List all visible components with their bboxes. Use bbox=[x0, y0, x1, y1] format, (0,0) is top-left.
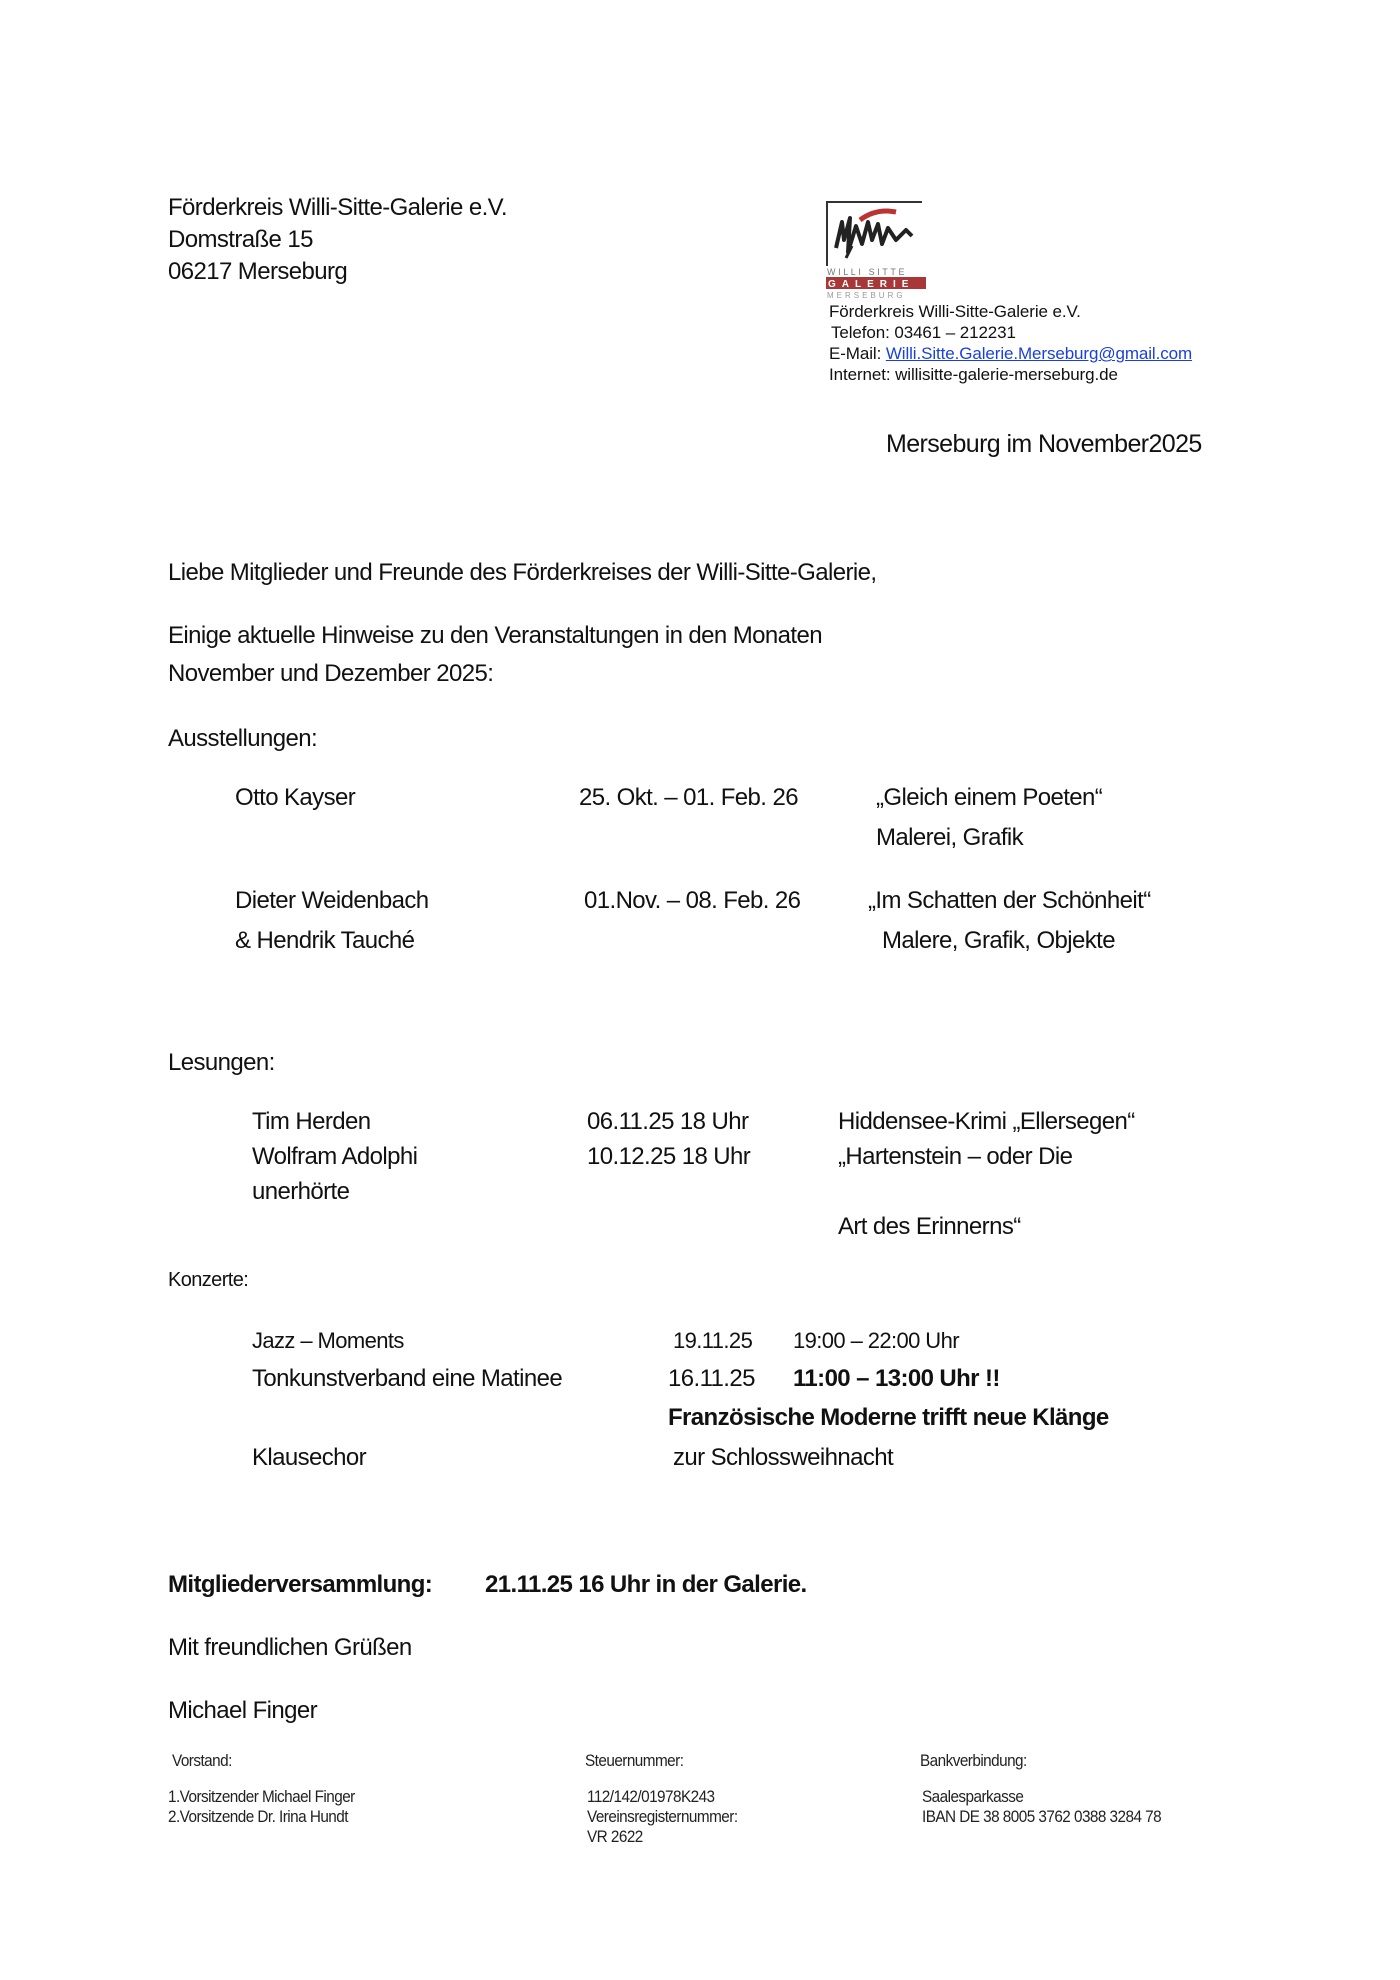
contact-org: Förderkreis Willi-Sitte-Galerie e.V. bbox=[829, 303, 1081, 320]
exhibition-artist: Otto Kayser bbox=[235, 786, 355, 810]
exhibition-medium: Malere, Grafik, Objekte bbox=[882, 929, 1115, 953]
contact-email-row: E-Mail: Willi.Sitte.Galerie.Merseburg@gm… bbox=[829, 345, 1192, 362]
footer-tax-line: VR 2622 bbox=[587, 1828, 643, 1845]
reading-title: „Hartenstein – oder Die bbox=[838, 1145, 1072, 1169]
concert-info: zur Schlossweihnacht bbox=[673, 1446, 893, 1470]
exhibition-title: „Gleich einem Poeten“ bbox=[876, 786, 1102, 810]
contact-internet: Internet: willisitte-galerie-merseburg.d… bbox=[829, 366, 1118, 383]
svg-text:GALERIE: GALERIE bbox=[828, 279, 914, 290]
footer-bank-line: Saalesparkasse bbox=[922, 1788, 1023, 1805]
email-label: E-Mail: bbox=[829, 344, 886, 363]
svg-text:MERSEBURG: MERSEBURG bbox=[827, 291, 906, 300]
exhibitions-heading: Ausstellungen: bbox=[168, 727, 317, 751]
concerts-heading: Konzerte: bbox=[168, 1270, 248, 1290]
concert-time: 19:00 – 22:00 Uhr bbox=[793, 1330, 959, 1352]
reading-when: 10.12.25 18 Uhr bbox=[587, 1145, 750, 1169]
footer-board-line: 2.Vorsitzende Dr. Irina Hundt bbox=[168, 1808, 348, 1825]
sender-city: 06217 Merseburg bbox=[168, 260, 347, 284]
concert-time: 11:00 – 13:00 Uhr !! bbox=[793, 1367, 1000, 1391]
concert-name: Klausechor bbox=[252, 1446, 366, 1470]
concert-date: 19.11.25 bbox=[673, 1330, 752, 1352]
sender-name: Förderkreis Willi-Sitte-Galerie e.V. bbox=[168, 196, 507, 220]
exhibition-artist-2: & Hendrik Tauché bbox=[235, 929, 414, 953]
signature-icon: WILLI SITTE GALERIE MERSEBURG bbox=[826, 200, 926, 300]
footer-tax-label: Steuernummer: bbox=[585, 1752, 683, 1769]
reading-when: 06.11.25 18 Uhr bbox=[587, 1110, 748, 1134]
intro-line-2: November und Dezember 2025: bbox=[168, 662, 493, 686]
concert-name: Tonkunstverband eine Matinee bbox=[252, 1367, 562, 1391]
salutation: Liebe Mitglieder und Freunde des Förderk… bbox=[168, 561, 876, 585]
concert-date: 16.11.25 bbox=[668, 1367, 755, 1391]
footer-board-label: Vorstand: bbox=[172, 1752, 232, 1769]
concert-name: Jazz – Moments bbox=[252, 1330, 404, 1352]
footer-bank-label: Bankverbindung: bbox=[920, 1752, 1027, 1769]
sender-street: Domstraße 15 bbox=[168, 228, 313, 252]
footer-bank-line: IBAN DE 38 8005 3762 0388 3284 78 bbox=[922, 1808, 1161, 1825]
gallery-logo: WILLI SITTE GALERIE MERSEBURG bbox=[826, 200, 926, 300]
signature: Michael Finger bbox=[168, 1699, 317, 1723]
matinee-subtitle: Französische Moderne trifft neue Klänge bbox=[668, 1406, 1109, 1430]
reading-author: Tim Herden bbox=[252, 1110, 370, 1134]
date-line: Merseburg im November2025 bbox=[886, 432, 1202, 457]
readings-heading: Lesungen: bbox=[168, 1051, 275, 1075]
reading-author: Wolfram Adolphi bbox=[252, 1145, 417, 1169]
footer-tax-line: Vereinsregisternummer: bbox=[587, 1808, 738, 1825]
assembly-text: 21.11.25 16 Uhr in der Galerie. bbox=[485, 1573, 807, 1597]
footer-tax-line: 112/142/01978K243 bbox=[587, 1788, 715, 1805]
exhibition-dates: 01.Nov. – 08. Feb. 26 bbox=[584, 889, 800, 913]
reading-title-end: Art des Erinnerns“ bbox=[838, 1215, 1021, 1239]
intro-line-1: Einige aktuelle Hinweise zu den Veransta… bbox=[168, 624, 822, 648]
email-link[interactable]: Willi.Sitte.Galerie.Merseburg@gmail.com bbox=[886, 344, 1192, 363]
reading-title-overflow: unerhörte bbox=[252, 1180, 349, 1204]
contact-phone: Telefon: 03461 – 212231 bbox=[831, 324, 1016, 341]
exhibition-medium: Malerei, Grafik bbox=[876, 826, 1023, 850]
exhibition-artist: Dieter Weidenbach bbox=[235, 889, 428, 913]
exhibition-dates: 25. Okt. – 01. Feb. 26 bbox=[579, 786, 798, 810]
svg-text:WILLI SITTE: WILLI SITTE bbox=[827, 267, 907, 277]
assembly-label: Mitgliederversammlung: bbox=[168, 1573, 432, 1597]
reading-title: Hiddensee-Krimi „Ellersegen“ bbox=[838, 1110, 1135, 1134]
footer-board-line: 1.Vorsitzender Michael Finger bbox=[168, 1788, 355, 1805]
closing: Mit freundlichen Grüßen bbox=[168, 1636, 412, 1660]
exhibition-title: „Im Schatten der Schönheit“ bbox=[868, 889, 1151, 913]
